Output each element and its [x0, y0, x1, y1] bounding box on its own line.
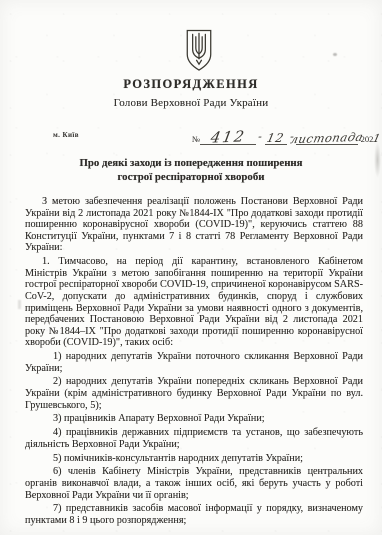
body-subitem: 7) представників засобів масової інформа… — [25, 503, 363, 526]
document-title: Про деякі заходи із попередження поширен… — [0, 157, 382, 184]
body-subitem: 2) народних депутатів України попередніх… — [25, 376, 363, 411]
handwritten-dash: - — [255, 130, 266, 145]
body-paragraph: 1. Тимчасово, на період дії карантину, в… — [25, 256, 363, 349]
handwritten-number: 412 — [209, 129, 246, 144]
day-blank: 12 — [265, 126, 287, 145]
document-number-and-date-line: № 412 - 12 - листопада 2021 р. — [192, 123, 382, 145]
body-subitem: 1) народних депутатів України поточного … — [25, 351, 363, 374]
scanned-document-page: РОЗПОРЯДЖЕННЯ Голови Верховної Ради Укра… — [0, 0, 382, 535]
scan-speck — [333, 53, 337, 56]
year-printed: 2021 р. — [361, 134, 382, 145]
body-subitem: 5) помічників-консультантів народних деп… — [25, 453, 363, 465]
month-blank: листопада — [296, 126, 358, 145]
body-subitem: 3) працівників Апарату Верховної Ради Ук… — [25, 413, 363, 425]
handwritten-year-digit: 1 — [372, 134, 381, 144]
body-paragraph: З метою забезпечення реалізації положень… — [25, 196, 363, 254]
body-subitem: 6) членів Кабінету Міністрів України, пр… — [25, 466, 363, 501]
handwritten-day: 12 — [266, 132, 286, 144]
document-type-heading: РОЗПОРЯДЖЕННЯ — [0, 77, 382, 92]
ukraine-trident-emblem-icon — [184, 29, 214, 72]
document-author-heading: Голови Верховної Ради України — [0, 97, 382, 109]
document-title-line2: гострої респіраторної хвороби — [0, 171, 382, 185]
city-label: м. Київ — [53, 131, 79, 139]
number-blank: 412 — [200, 126, 256, 145]
scan-speck — [18, 300, 21, 309]
body-subitem: 4) працівників державних підприємств та … — [25, 427, 363, 450]
document-body: З метою забезпечення реалізації положень… — [25, 196, 363, 529]
document-title-line1: Про деякі заходи із попередження поширен… — [0, 157, 382, 171]
number-sign: № — [192, 134, 200, 145]
handwritten-month: листопада — [289, 131, 364, 146]
